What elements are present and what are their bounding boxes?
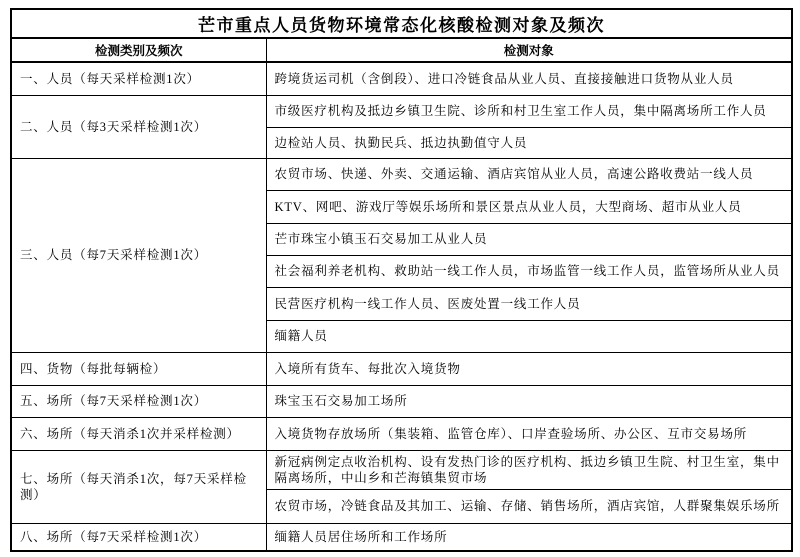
table-row: 八、场所（每7天采样检测1次） 缅籍人员居住场所和工作场所 (11, 523, 792, 551)
table-row: 六、场所（每天消杀1次并采样检测） 入境货物存放场所（集装箱、监管仓库）、口岸查… (11, 417, 792, 450)
target-cell: 入境所有货车、每批次入境货物 (266, 352, 792, 385)
target-cell: 民营医疗机构一线工作人员、医废处置一线工作人员 (266, 287, 792, 320)
document-sheet: 芒市重点人员货物环境常态化核酸检测对象及频次 检测类别及频次 检测对象 一、人员… (10, 8, 793, 552)
test-frequency-table: 芒市重点人员货物环境常态化核酸检测对象及频次 检测类别及频次 检测对象 一、人员… (10, 8, 793, 552)
target-cell: 社会福利养老机构、救助站一线工作人员，市场监管一线工作人员，监管场所从业人员 (266, 255, 792, 287)
table-row: 二、人员（每3天采样检测1次） 市级医疗机构及抵边乡镇卫生院、诊所和村卫生室工作… (11, 95, 792, 127)
table-row: 五、场所（每7天采样检测1次） 珠宝玉石交易加工场所 (11, 385, 792, 417)
category-cell-2: 二、人员（每3天采样检测1次） (11, 95, 266, 158)
target-cell: 珠宝玉石交易加工场所 (266, 385, 792, 417)
target-cell: 边检站人员、执勤民兵、抵边执勤值守人员 (266, 127, 792, 158)
column-header-category: 检测类别及频次 (11, 38, 266, 62)
target-cell: 缅籍人员居住场所和工作场所 (266, 523, 792, 551)
target-cell: 新冠病例定点收治机构、设有发热门诊的医疗机构、抵边乡镇卫生院、村卫生室，集中隔离… (266, 450, 792, 489)
table-row: 四、货物（每批每辆检） 入境所有货车、每批次入境货物 (11, 352, 792, 385)
target-cell: 跨境货运司机（含倒段）、进口冷链食品从业人员、直接接触进口货物从业人员 (266, 62, 792, 95)
category-cell-8: 八、场所（每7天采样检测1次） (11, 523, 266, 551)
category-cell-6: 六、场所（每天消杀1次并采样检测） (11, 417, 266, 450)
target-cell: KTV、网吧、游戏厅等娱乐场所和景区景点从业人员，大型商场、超市从业人员 (266, 190, 792, 223)
target-cell: 农贸市场、快递、外卖、交通运输、酒店宾馆从业人员，高速公路收费站一线人员 (266, 158, 792, 190)
target-cell: 市级医疗机构及抵边乡镇卫生院、诊所和村卫生室工作人员，集中隔离场所工作人员 (266, 95, 792, 127)
target-cell: 芒市珠宝小镇玉石交易加工从业人员 (266, 223, 792, 255)
target-cell: 缅籍人员 (266, 320, 792, 352)
category-cell-1: 一、人员（每天采样检测1次） (11, 62, 266, 95)
category-cell-5: 五、场所（每7天采样检测1次） (11, 385, 266, 417)
table-row: 七、场所（每天消杀1次，每7天采样检测） 新冠病例定点收治机构、设有发热门诊的医… (11, 450, 792, 489)
target-cell: 入境货物存放场所（集装箱、监管仓库）、口岸查验场所、办公区、互市交易场所 (266, 417, 792, 450)
category-cell-4: 四、货物（每批每辆检） (11, 352, 266, 385)
target-cell: 农贸市场，冷链食品及其加工、运输、存储、销售场所，酒店宾馆，人群聚集娱乐场所 (266, 489, 792, 523)
page-title: 芒市重点人员货物环境常态化核酸检测对象及频次 (11, 9, 792, 38)
category-cell-3: 三、人员（每7天采样检测1次） (11, 158, 266, 352)
table-row: 一、人员（每天采样检测1次） 跨境货运司机（含倒段）、进口冷链食品从业人员、直接… (11, 62, 792, 95)
category-cell-7: 七、场所（每天消杀1次，每7天采样检测） (11, 450, 266, 523)
table-row: 三、人员（每7天采样检测1次） 农贸市场、快递、外卖、交通运输、酒店宾馆从业人员… (11, 158, 792, 190)
column-header-target: 检测对象 (266, 38, 792, 62)
title-row: 芒市重点人员货物环境常态化核酸检测对象及频次 (11, 9, 792, 38)
header-row: 检测类别及频次 检测对象 (11, 38, 792, 62)
